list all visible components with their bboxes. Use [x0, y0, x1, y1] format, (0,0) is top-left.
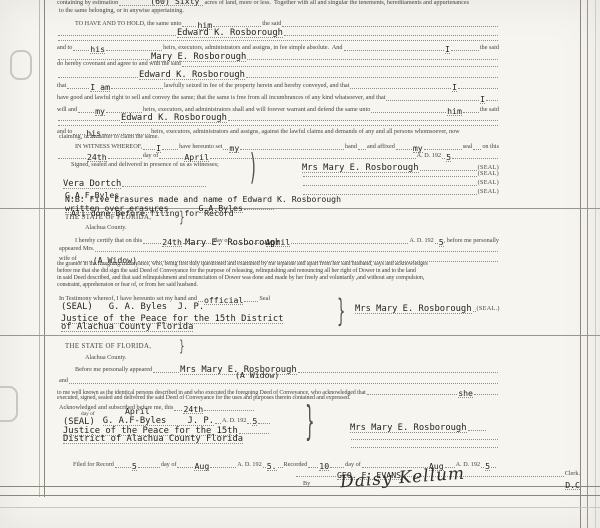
- typed-I-am: I am: [90, 83, 110, 92]
- typed-witness-name: Vera Dortch: [63, 180, 121, 190]
- dotted-leader: [122, 182, 206, 187]
- printed-text: A. D. 192: [417, 153, 441, 160]
- dotted-leader: [330, 463, 344, 468]
- appeared-line: appeared Mrs.: [57, 246, 499, 253]
- state-of-florida-text: THE STATE OF FLORIDA,: [65, 214, 151, 221]
- state-heading2: THE STATE OF FLORIDA,: [57, 343, 499, 350]
- dotted-leader: [210, 154, 416, 159]
- witness-brace: ): [250, 150, 256, 186]
- dower-paragraph-line: the grantor in the foregoing conveyance,…: [57, 261, 499, 268]
- dotted-leader: [153, 368, 179, 373]
- dotted-leader: [119, 1, 149, 6]
- witness-name-line: Vera Dortch: [57, 178, 237, 188]
- dotted-leader: [138, 463, 160, 468]
- dotted-leader: [258, 419, 270, 424]
- dotted-leader: [358, 145, 366, 150]
- state-heading: THE STATE OF FLORIDA,: [57, 214, 499, 221]
- dotted-leader: [247, 55, 498, 60]
- county-line: Alachua County.: [57, 225, 499, 232]
- seal-label: (SEAL): [478, 189, 499, 196]
- jp-seal-line: (SEAL) G. A. Byles J. P.: [57, 301, 347, 310]
- and-line: and: [57, 378, 499, 385]
- jp-brace2: }: [305, 402, 315, 443]
- typed-filed-month: Aug: [194, 462, 209, 471]
- dotted-leader: [246, 73, 498, 78]
- claiming-line: claiming, or hereafter to claim the same…: [57, 134, 499, 141]
- dotted-leader: [162, 145, 178, 150]
- covenant-line: do hereby covenant and agree to and with…: [57, 61, 499, 68]
- typed-month-april: April: [125, 407, 150, 415]
- dotted-leader: [278, 463, 283, 468]
- dotted-leader: [182, 62, 498, 67]
- dotted-leader: [159, 154, 183, 159]
- dower-paragraph-line: before me that she did sign the said Dee…: [57, 268, 499, 275]
- dotted-leader: [298, 368, 498, 373]
- deed-text-area: containing by estimation (60) Sixty acre…: [57, 0, 499, 528]
- printed-text: Acknowledged and subscribed before me, t…: [59, 405, 173, 412]
- printed-text: day of: [143, 153, 159, 160]
- dotted-leader: [115, 463, 131, 468]
- dotted-leader: [95, 247, 498, 252]
- dotted-leader: [111, 84, 163, 89]
- dotted-leader: [200, 1, 203, 6]
- by-label: By: [303, 481, 310, 488]
- dotted-leader: [486, 96, 498, 101]
- printed-text: and: [59, 378, 68, 385]
- jp-title-line2: of Alachua County Florida: [57, 321, 347, 331]
- county-line2: Alachua County.: [57, 355, 499, 362]
- dotted-leader: [424, 145, 462, 150]
- printed-text: that: [57, 83, 66, 90]
- seized-line: that I am lawfully seized in fee of the …: [57, 81, 499, 90]
- typed-I: I: [452, 83, 457, 92]
- signed-sealed-line: Signed, sealed and delivered in presence…: [57, 162, 295, 169]
- dotted-leader: [143, 239, 161, 244]
- spacer: [57, 207, 65, 211]
- typed-I: I: [480, 95, 485, 104]
- printed-text: claiming, or hereafter to claim the same…: [59, 134, 159, 141]
- good-right-line: have good and lawful right to sell and c…: [57, 93, 499, 102]
- blank-rule-line: [350, 443, 499, 449]
- dotted-leader: [108, 154, 142, 159]
- dotted-leader: [58, 121, 498, 126]
- grantee-name-line: Edward K. Rosborough: [57, 69, 499, 79]
- clerk-label: Clerk.: [565, 471, 580, 478]
- typed-jp-title2: District of Alachua County Florida: [63, 435, 243, 445]
- dotted-leader: [481, 463, 484, 468]
- dotted-leader: [350, 84, 451, 89]
- typed-signature: Mrs Mary E. Rosborough: [350, 424, 467, 434]
- dotted-leader: [351, 435, 498, 440]
- punch-hole-mark: [10, 50, 32, 80]
- printed-text: the grantor in the foregoing conveyance,…: [57, 261, 428, 268]
- typed-grantee-name: Edward K. Rosborough: [139, 71, 245, 81]
- typed-filed-year: 5.: [267, 462, 277, 471]
- seal-label: (SEAL): [478, 180, 499, 187]
- typed-filed-day: 5: [132, 462, 137, 471]
- dotted-leader: [244, 205, 274, 210]
- right-margin-rule-outer: [587, 0, 588, 528]
- dotted-leader: [69, 379, 498, 384]
- dower-paragraph-line: in said Deed described, and that said re…: [57, 275, 499, 282]
- spacer: [57, 346, 65, 350]
- spacer: [57, 165, 71, 169]
- dotted-leader: [442, 154, 445, 159]
- dotted-leader: [263, 463, 266, 468]
- typed-jp-name: G. A. Byles J. P.: [109, 303, 204, 312]
- dotted-leader: [215, 419, 221, 424]
- dotted-leader: [468, 426, 486, 431]
- belonging-line: to the same belonging, or in anywise app…: [57, 8, 499, 15]
- typed-day-24th: 24th: [183, 405, 203, 414]
- dotted-leader: [223, 145, 228, 150]
- printed-text: before me that she did sign the said Dee…: [57, 268, 416, 275]
- printed-text: have good and lawful right to sell and c…: [57, 95, 385, 102]
- left-margin-rule-outer: [39, 0, 40, 497]
- state-of-florida-text: THE STATE OF FLORIDA,: [65, 343, 151, 350]
- dotted-leader: [435, 239, 438, 244]
- jp-seal-line2: (SEAL) G. A.F-Byles J. P. A. D. 192 5: [57, 415, 317, 425]
- seal-line: (SEAL): [302, 180, 499, 187]
- date-line: 24th day of April A. D. 192 5: [57, 151, 499, 160]
- right-margin-rule-inner: [580, 0, 581, 528]
- punch-hole-mark: [0, 386, 18, 422]
- dotted-leader: [58, 73, 138, 78]
- seal-line: (SEAL): [302, 171, 499, 178]
- dotted-leader: [386, 96, 479, 101]
- dotted-leader: [308, 463, 318, 468]
- state-brace2: }: [179, 341, 185, 356]
- printed-text: to the same belonging, or in anywise app…: [59, 8, 184, 15]
- printed-text: in said Deed described, and that said re…: [57, 275, 424, 282]
- left-margin-rule-inner: [44, 0, 45, 497]
- blank-rule-line: [350, 435, 499, 441]
- dotted-leader: [473, 145, 481, 150]
- spacer: [93, 306, 109, 310]
- printed-text: Before me personally appeared: [75, 367, 152, 374]
- jp-brace: }: [337, 297, 345, 328]
- spacer: [57, 217, 65, 221]
- scanned-deed-document: containing by estimation (60) Sixty acre…: [0, 0, 600, 528]
- dotted-leader: [458, 84, 498, 89]
- dotted-leader: [143, 145, 155, 150]
- seal-label: (SEAL.): [477, 306, 500, 313]
- printed-text: A. D. 192: [237, 462, 261, 469]
- dotted-leader: [291, 239, 408, 244]
- county-text: Alachua County.: [85, 225, 127, 232]
- acknowledged-line: Acknowledged and subscribed before me, t…: [57, 403, 317, 412]
- jp-title-line4: District of Alachua County Florida: [57, 433, 317, 443]
- printed-text: A. D. 192: [409, 238, 433, 245]
- county-text: Alachua County.: [85, 355, 127, 362]
- printed-text: Filed for Record: [73, 462, 114, 469]
- grantor-signature-line2: Mrs Mary E. Rosborough (SEAL.): [355, 303, 499, 313]
- in-witness-line: IN WITNESS WHEREOF, I have hereunto set …: [57, 142, 499, 151]
- typed-dc-label: D.C: [565, 481, 580, 490]
- dotted-leader: [177, 463, 193, 468]
- page-edge-shadow: [595, 0, 596, 528]
- grantor-signature-line3: Mrs Mary E. Rosborough: [350, 422, 499, 432]
- dotted-leader: [396, 145, 412, 150]
- printed-text: appeared Mrs.: [59, 246, 94, 253]
- dotted-leader: [491, 463, 496, 468]
- typed-acreage: (60) Sixty: [150, 0, 199, 6]
- printed-text: lawfully seized in fee of the property h…: [164, 83, 349, 90]
- executed-line: executed, signed, sealed and delivered t…: [57, 395, 499, 402]
- printed-text: constraint, apprehension or fear of, or …: [57, 282, 198, 289]
- printed-text: A. D. 192: [222, 418, 246, 425]
- dotted-leader: [247, 419, 251, 424]
- typed-signature: Mrs Mary E. Rosborough: [355, 305, 472, 315]
- dotted-leader: [452, 154, 498, 159]
- blank-rule-line: [57, 36, 499, 42]
- spacer: [57, 228, 85, 232]
- dotted-leader: [296, 472, 336, 477]
- printed-text: , before me personally: [444, 238, 499, 245]
- dotted-leader: [303, 181, 477, 186]
- dotted-leader: [351, 443, 498, 448]
- dotted-leader: [473, 307, 476, 312]
- spacer: [57, 358, 85, 362]
- dotted-leader: [67, 84, 89, 89]
- printed-text: Signed, sealed and delivered in presence…: [71, 162, 219, 169]
- dower-paragraph-line: constraint, apprehension or fear of, or …: [57, 282, 499, 289]
- spacer: [57, 370, 75, 374]
- typed-jp-title2: of Alachua County Florida: [61, 323, 193, 333]
- typed-year-5: 5: [446, 153, 451, 162]
- dotted-leader: [210, 463, 236, 468]
- dotted-leader: [58, 36, 498, 41]
- printed-text: do hereby covenant and agree to and with…: [57, 61, 181, 68]
- printed-text: day of: [161, 462, 177, 469]
- seal-label: (SEAL): [478, 171, 499, 178]
- dotted-leader: [204, 406, 254, 411]
- dotted-leader: [174, 406, 182, 411]
- dotted-leader: [303, 172, 477, 177]
- printed-text: acres of land, more or less. Together wi…: [204, 0, 469, 7]
- dotted-leader: [58, 154, 86, 159]
- typed-seal-mark: (SEAL): [61, 303, 93, 312]
